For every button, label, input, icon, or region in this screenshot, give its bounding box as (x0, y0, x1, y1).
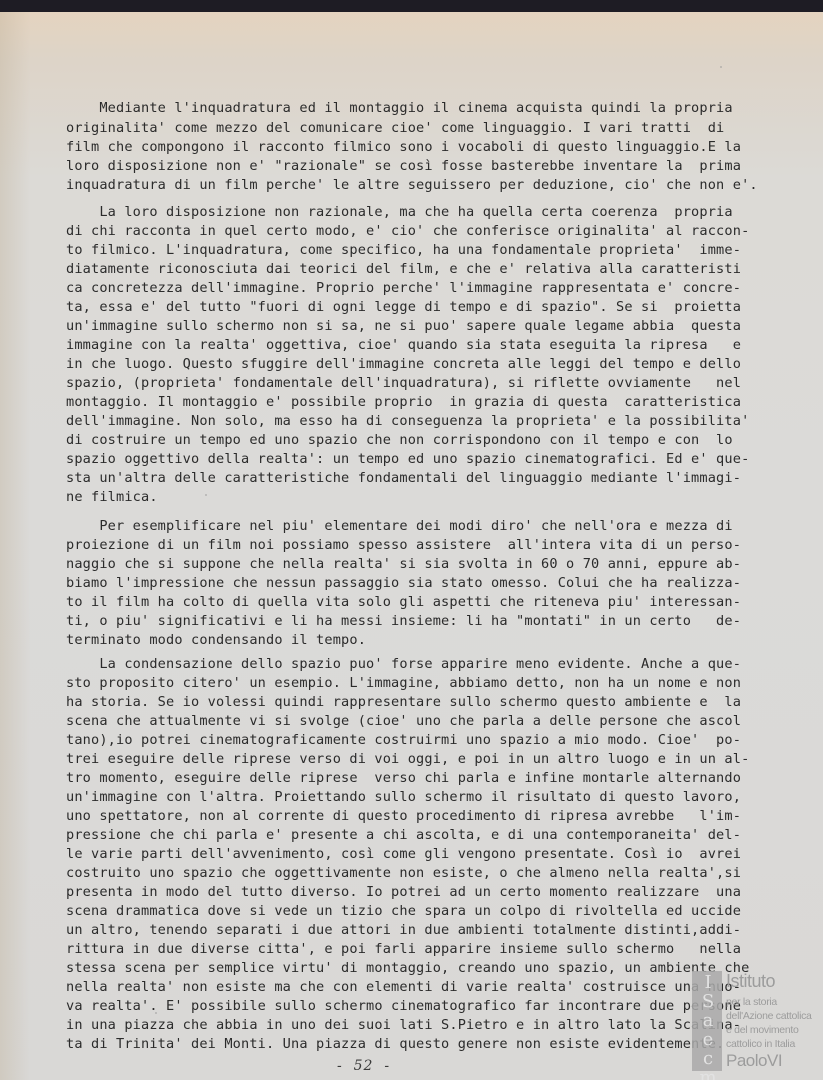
document-page: Mediante l'inquadratura ed il montaggio … (0, 0, 823, 1080)
text-line: Per esemplificare nel piu' elementare de… (66, 517, 733, 535)
watermark-line: dell'Azione cattolica (726, 1010, 812, 1022)
page-number: - 52 - (337, 1058, 390, 1074)
text-line: ta, essa e' del tutto "fuori di ogni leg… (66, 298, 741, 316)
watermark-title: Istituto (726, 971, 775, 992)
text-line: diatamente riconosciuta dai teorici del … (66, 260, 741, 278)
watermark-logo-letters: I S a e c m (694, 973, 722, 1080)
scan-speck (205, 494, 207, 496)
text-line: va realta'. E' possibile sullo schermo c… (66, 997, 741, 1015)
text-line: sto proposito citero' un esempio. L'imma… (66, 674, 741, 692)
text-line: tro momento, eseguire delle riprese vers… (66, 769, 741, 787)
text-line: ti, o piu' significativi e li ha messi i… (66, 612, 741, 630)
text-line: to il film ha colto di quella vita solo … (66, 593, 741, 611)
text-line: in che luogo. Questo sfuggire dell'immag… (66, 355, 741, 373)
text-line: inquadratura di un film perche' le altre… (66, 176, 758, 194)
watermark-name: PaoloVI (726, 1051, 782, 1071)
text-line: immagine con la realta' oggettiva, cioe'… (66, 336, 741, 354)
text-line: Mediante l'inquadratura ed il montaggio … (66, 99, 733, 117)
text-line: naggio che si suppone che nella realta' … (66, 555, 741, 573)
watermark-line: e del movimento (726, 1024, 799, 1036)
text-line: presenta in modo del tutto diverso. Io p… (66, 883, 741, 901)
text-line: scena drammatica dove si vede un tizio c… (66, 902, 741, 920)
text-line: un'immagine sullo schermo non si sa, ne … (66, 317, 741, 335)
text-line: sta un'altra delle caratteristiche fonda… (66, 469, 741, 487)
text-line: pressione che chi parla e' presente a ch… (66, 826, 741, 844)
text-line: loro disposizione non e' "razionale" se … (66, 157, 741, 175)
text-line: un altro, tenendo separati i due attori … (66, 921, 741, 939)
text-line: spazio, (proprieta' fondamentale dell'in… (66, 374, 741, 392)
text-line: La loro disposizione non razionale, ma c… (66, 203, 733, 221)
watermark-line: cattolico in Italia (726, 1038, 795, 1050)
scan-speck (720, 66, 722, 68)
text-line: to filmico. L'inquadratura, come specifi… (66, 241, 741, 259)
text-line: biamo l'impressione che nessun passaggio… (66, 574, 741, 592)
text-line: costruito uno spazio che oggettivamente … (66, 864, 741, 882)
text-line: ha storia. Se io volessi quindi rapprese… (66, 693, 741, 711)
text-line: trei eseguire delle riprese verso di voi… (66, 750, 749, 768)
text-line: ta di Trinita' dei Monti. Una piazza di … (66, 1035, 724, 1053)
text-line: un'immagine con l'altra. Proiettando sul… (66, 788, 741, 806)
text-line: terminato modo condensando il tempo. (66, 631, 366, 649)
scan-speck (155, 1012, 157, 1014)
text-line: di chi racconta in quel certo modo, e' c… (66, 222, 749, 240)
text-line: ne filmica. (66, 488, 158, 506)
text-line: in una piazza che abbia in uno dei suoi … (66, 1016, 741, 1034)
text-line: ca concretezza dell'immagine. Proprio pe… (66, 279, 741, 297)
text-line: dell'immagine. Non solo, ma esso ha di c… (66, 412, 749, 430)
text-line: tano),io potrei cinematograficamente cos… (66, 731, 741, 749)
text-line: le varie parti dell'avvenimento, così co… (66, 845, 741, 863)
text-line: uno spettatore, non al corrente di quest… (66, 807, 741, 825)
institute-watermark: I S a e c m Istituto per la storia dell'… (690, 965, 823, 1080)
text-line: di costruire un tempo ed uno spazio che … (66, 431, 733, 449)
text-line: originalita' come mezzo del comunicare c… (66, 119, 724, 137)
text-line: rittura in due diverse citta', e poi far… (66, 940, 741, 958)
text-line: montaggio. Il montaggio e' possibile pro… (66, 393, 741, 411)
text-line: film che compongono il racconto filmico … (66, 138, 741, 156)
text-line: La condensazione dello spazio puo' forse… (66, 655, 741, 673)
text-line: nella realta' non esiste ma che con elem… (66, 978, 741, 996)
text-line: proiezione di un film noi possiamo spess… (66, 536, 741, 554)
text-line: spazio oggettivo della realta': un tempo… (66, 450, 749, 468)
text-line: stessa scena per semplice virtu' di mont… (66, 959, 749, 977)
watermark-line: per la storia (726, 996, 777, 1008)
text-line: scena che attualmente vi si svolge (cioe… (66, 712, 741, 730)
